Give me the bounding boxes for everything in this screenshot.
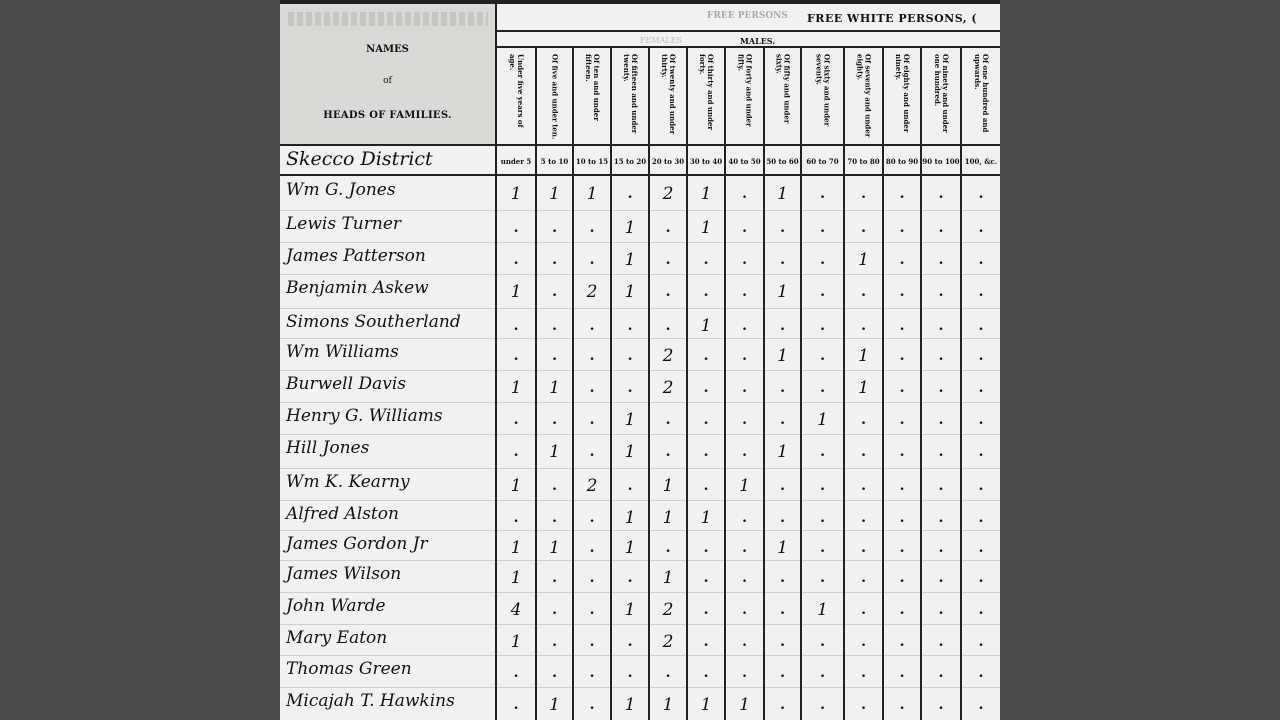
tally-cell: . — [726, 346, 763, 366]
tally-cell: . — [688, 250, 724, 270]
tally-cell: . — [884, 346, 920, 366]
tally-cell: . — [726, 632, 763, 652]
row-rule — [280, 434, 1000, 435]
tally-cell: . — [922, 282, 960, 302]
tally-cell: . — [574, 600, 610, 620]
tally-cell: . — [650, 218, 686, 238]
column-header-text: Of seventy and under eighty. — [856, 54, 872, 140]
tally-cell: 1 — [612, 600, 648, 620]
tally-cell: . — [688, 410, 724, 430]
tally-cell: 1 — [765, 346, 800, 366]
tally-cell: . — [726, 442, 763, 462]
head-of-family-name: John Warde — [286, 596, 386, 616]
tally-cell: . — [922, 410, 960, 430]
tally-cell: 1 — [765, 442, 800, 462]
table-title-row: FREE PERSONS FREE WHITE PERSONS, ( — [497, 8, 1000, 30]
row-rule — [280, 560, 1000, 561]
mirrored-bleed-text: FREE PERSONS — [707, 11, 788, 21]
tally-cell: . — [650, 410, 686, 430]
tally-cell: . — [574, 568, 610, 588]
tally-cell: 1 — [612, 410, 648, 430]
tally-cell: 1 — [688, 316, 724, 336]
tally-cell: . — [802, 476, 843, 496]
tally-cell: . — [845, 663, 882, 683]
tally-cell: . — [650, 250, 686, 270]
tally-cell: . — [922, 346, 960, 366]
tally-cell: . — [650, 282, 686, 302]
tally-cell: . — [497, 442, 535, 462]
tally-cell: . — [537, 346, 572, 366]
tally-cell: . — [650, 442, 686, 462]
tally-cell: 1 — [612, 442, 648, 462]
tally-cell: . — [922, 442, 960, 462]
row-rule — [280, 468, 1000, 469]
tally-cell: . — [962, 538, 1000, 558]
tally-cell: . — [688, 282, 724, 302]
row-rule — [280, 242, 1000, 243]
tally-cell: . — [962, 346, 1000, 366]
tally-cell: . — [574, 410, 610, 430]
tally-cell: . — [537, 250, 572, 270]
tally-cell: . — [884, 695, 920, 715]
tally-cell: . — [497, 695, 535, 715]
head-of-family-name: Thomas Green — [286, 659, 412, 679]
tally-cell: . — [612, 663, 648, 683]
tally-cell: . — [802, 695, 843, 715]
tally-cell: . — [922, 632, 960, 652]
tally-cell: . — [497, 250, 535, 270]
tally-cell: . — [537, 632, 572, 652]
column-header-50to60: Of fifty and under sixty. — [765, 48, 800, 144]
tally-cell: . — [845, 442, 882, 462]
tally-cell: . — [612, 378, 648, 398]
tally-cell: . — [497, 663, 535, 683]
tally-cell: . — [884, 600, 920, 620]
age-range-under5: under 5 — [497, 148, 535, 174]
tally-cell: 1 — [574, 184, 610, 204]
tally-cell: . — [802, 250, 843, 270]
tally-cell: . — [922, 250, 960, 270]
head-of-family-name: Wm Williams — [286, 342, 399, 362]
tally-cell: 1 — [802, 600, 843, 620]
row-rule — [280, 530, 1000, 531]
tally-cell: . — [765, 695, 800, 715]
column-header-10to15: Of ten and under fifteen. — [574, 48, 610, 144]
tally-cell: 1 — [612, 218, 648, 238]
tally-cell: . — [688, 346, 724, 366]
tally-cell: 1 — [497, 184, 535, 204]
tally-cell: . — [962, 250, 1000, 270]
tally-cell: 1 — [765, 184, 800, 204]
row-rule — [280, 370, 1000, 371]
tally-cell: . — [688, 663, 724, 683]
tally-cell: 1 — [497, 282, 535, 302]
column-header-70to80: Of seventy and under eighty. — [845, 48, 882, 144]
tally-cell: 1 — [537, 442, 572, 462]
tally-cell: . — [574, 695, 610, 715]
age-range-60to70: 60 to 70 — [802, 148, 843, 174]
tally-cell: . — [497, 508, 535, 528]
tally-cell: . — [574, 508, 610, 528]
tally-cell: 4 — [497, 600, 535, 620]
tally-cell: 1 — [497, 538, 535, 558]
row-rule — [280, 210, 1000, 211]
tally-cell: 1 — [688, 695, 724, 715]
tally-cell: . — [802, 282, 843, 302]
faint-bleed-text — [288, 12, 488, 26]
head-of-family-name: James Gordon Jr — [286, 534, 428, 554]
tally-cell: 1 — [650, 508, 686, 528]
column-header-text: Of fifty and under sixty. — [775, 54, 791, 140]
tally-cell: . — [845, 695, 882, 715]
tally-cell: . — [845, 218, 882, 238]
males-section-label: MALES. — [740, 36, 775, 46]
head-of-family-name: Alfred Alston — [286, 504, 399, 524]
tally-cell: . — [726, 250, 763, 270]
tally-cell: . — [765, 410, 800, 430]
tally-cell: . — [688, 632, 724, 652]
tally-cell: 1 — [726, 695, 763, 715]
age-range-15to20: 15 to 20 — [612, 148, 648, 174]
tally-cell: 1 — [726, 476, 763, 496]
tally-cell: . — [765, 663, 800, 683]
tally-cell: . — [726, 508, 763, 528]
tally-cell: . — [962, 632, 1000, 652]
tally-cell: . — [962, 378, 1000, 398]
tally-cell: . — [802, 508, 843, 528]
age-range-80to90: 80 to 90 — [884, 148, 920, 174]
tally-cell: 2 — [650, 378, 686, 398]
tally-cell: . — [962, 600, 1000, 620]
row-rule — [280, 402, 1000, 403]
tally-cell: . — [765, 250, 800, 270]
tally-cell: . — [962, 568, 1000, 588]
tally-cell: . — [537, 316, 572, 336]
tally-cell: . — [612, 632, 648, 652]
tally-cell: . — [612, 316, 648, 336]
head-of-family-name: Hill Jones — [286, 438, 369, 458]
tally-cell: . — [962, 184, 1000, 204]
head-of-family-name: Lewis Turner — [286, 214, 401, 234]
head-of-family-name: Mary Eaton — [286, 628, 387, 648]
age-range-10to15: 10 to 15 — [574, 148, 610, 174]
tally-cell: . — [845, 476, 882, 496]
row-rule — [280, 655, 1000, 656]
age-range-90to100: 90 to 100 — [922, 148, 960, 174]
tally-cell: . — [884, 508, 920, 528]
column-header-text: Of eighty and under ninety. — [894, 54, 910, 140]
tally-cell: . — [726, 218, 763, 238]
tally-cell: . — [765, 476, 800, 496]
tally-cell: . — [845, 508, 882, 528]
tally-cell: 1 — [845, 378, 882, 398]
tally-cell: . — [884, 316, 920, 336]
tally-cell: . — [884, 410, 920, 430]
column-header-text: Of fifteen and under twenty. — [622, 54, 638, 140]
tally-cell: . — [922, 184, 960, 204]
tally-cell: . — [650, 538, 686, 558]
tally-cell: . — [884, 568, 920, 588]
tally-cell: . — [726, 282, 763, 302]
names-label: NAMES — [280, 44, 495, 55]
tally-cell: 1 — [688, 508, 724, 528]
tally-cell: 2 — [650, 632, 686, 652]
column-header-text: Of forty and under fifty. — [737, 54, 753, 140]
tally-cell: . — [574, 218, 610, 238]
tally-cell: . — [962, 663, 1000, 683]
age-range-40to50: 40 to 50 — [726, 148, 763, 174]
tally-cell: . — [802, 442, 843, 462]
tally-cell: . — [574, 316, 610, 336]
head-of-family-name: Wm K. Kearny — [286, 472, 410, 492]
tally-cell: 1 — [765, 538, 800, 558]
of-label: of — [280, 76, 495, 86]
tally-cell: . — [845, 282, 882, 302]
row-rule — [280, 338, 1000, 339]
tally-cell: . — [688, 476, 724, 496]
row-rule — [280, 592, 1000, 593]
tally-cell: . — [884, 250, 920, 270]
tally-cell: 1 — [497, 632, 535, 652]
age-range-70to80: 70 to 80 — [845, 148, 882, 174]
column-header-5to10: Of five and under ten. — [537, 48, 572, 144]
head-of-family-name: James Wilson — [286, 564, 401, 584]
head-of-family-name: Benjamin Askew — [286, 278, 429, 298]
tally-cell: . — [650, 663, 686, 683]
tally-cell: . — [537, 568, 572, 588]
tally-cell: 2 — [574, 476, 610, 496]
tally-cell: 1 — [612, 282, 648, 302]
tally-cell: . — [688, 442, 724, 462]
tally-cell: . — [884, 218, 920, 238]
tally-cell: . — [612, 346, 648, 366]
tally-cell: . — [765, 378, 800, 398]
tally-cell: . — [688, 538, 724, 558]
tally-cell: . — [802, 632, 843, 652]
tally-cell: . — [845, 568, 882, 588]
tally-cell: 2 — [650, 600, 686, 620]
tally-cell: . — [726, 568, 763, 588]
tally-cell: . — [922, 568, 960, 588]
tally-cell: 1 — [845, 346, 882, 366]
column-header-text: Of thirty and under forty. — [698, 54, 714, 140]
tally-cell: . — [726, 410, 763, 430]
tally-cell: . — [765, 600, 800, 620]
tally-cell: . — [884, 538, 920, 558]
tally-cell: 1 — [688, 218, 724, 238]
tally-cell: 1 — [650, 568, 686, 588]
column-header-text: Of one hundred and upwards. — [973, 54, 989, 140]
tally-cell: . — [802, 184, 843, 204]
age-range-100plus: 100, &c. — [962, 148, 1000, 174]
tally-cell: 1 — [612, 695, 648, 715]
tally-cell: . — [884, 184, 920, 204]
tally-cell: 1 — [497, 476, 535, 496]
tally-cell: 1 — [765, 282, 800, 302]
tally-cell: . — [845, 316, 882, 336]
row-rule — [280, 624, 1000, 625]
tally-cell: . — [962, 316, 1000, 336]
age-range-50to60: 50 to 60 — [765, 148, 800, 174]
tally-cell: . — [612, 568, 648, 588]
tally-cell: 1 — [612, 538, 648, 558]
census-page: NAMES of HEADS OF FAMILIES. Skecco Distr… — [280, 0, 1000, 720]
tally-cell: . — [962, 410, 1000, 430]
column-header-20to30: Of twenty and under thirty. — [650, 48, 686, 144]
header-rule — [280, 174, 1000, 176]
tally-cell: . — [537, 663, 572, 683]
tally-cell: . — [726, 184, 763, 204]
tally-cell: . — [688, 600, 724, 620]
header-rule — [280, 144, 1000, 146]
tally-cell: . — [802, 538, 843, 558]
tally-cell: . — [884, 632, 920, 652]
tally-cell: . — [884, 378, 920, 398]
row-rule — [280, 308, 1000, 309]
tally-cell: . — [497, 218, 535, 238]
tally-cell: . — [574, 442, 610, 462]
row-rule — [280, 274, 1000, 275]
tally-cell: 1 — [688, 184, 724, 204]
tally-cell: 1 — [650, 695, 686, 715]
tally-cell: . — [845, 410, 882, 430]
column-header-text: Of ninety and under one hundred. — [933, 54, 949, 140]
tally-cell: 1 — [650, 476, 686, 496]
column-header-text: Under five years of age. — [508, 54, 524, 140]
tally-cell: 1 — [537, 378, 572, 398]
tally-cell: 1 — [802, 410, 843, 430]
table-title: FREE WHITE PERSONS, ( — [807, 12, 977, 25]
names-header-block: NAMES of HEADS OF FAMILIES. — [280, 4, 497, 144]
tally-cell: . — [962, 282, 1000, 302]
tally-cell: . — [726, 316, 763, 336]
tally-cell: 2 — [650, 184, 686, 204]
tally-cell: . — [845, 538, 882, 558]
tally-cell: . — [574, 538, 610, 558]
tally-cell: . — [537, 600, 572, 620]
header-rule — [497, 30, 1000, 32]
tally-cell: . — [962, 218, 1000, 238]
tally-cell: . — [802, 378, 843, 398]
tally-cell: . — [537, 508, 572, 528]
tally-cell: . — [802, 218, 843, 238]
tally-cell: . — [765, 568, 800, 588]
tally-cell: . — [537, 218, 572, 238]
tally-cell: . — [574, 378, 610, 398]
column-header-text: Of ten and under fifteen. — [584, 54, 600, 140]
tally-cell: 1 — [497, 378, 535, 398]
tally-cell: . — [688, 378, 724, 398]
tally-cell: . — [497, 410, 535, 430]
column-header-text: Of sixty and under seventy. — [815, 54, 831, 140]
tally-cell: . — [765, 218, 800, 238]
column-header-100plus: Of one hundred and upwards. — [962, 48, 1000, 144]
tally-cell: . — [922, 476, 960, 496]
tally-cell: 1 — [537, 695, 572, 715]
column-header-90to100: Of ninety and under one hundred. — [922, 48, 960, 144]
column-header-40to50: Of forty and under fifty. — [726, 48, 763, 144]
tally-cell: . — [962, 442, 1000, 462]
tally-cell: . — [802, 346, 843, 366]
tally-cell: . — [922, 600, 960, 620]
tally-cell: . — [884, 282, 920, 302]
column-header-text: Of twenty and under thirty. — [660, 54, 676, 140]
tally-cell: . — [845, 184, 882, 204]
tally-cell: . — [802, 568, 843, 588]
tally-cell: . — [922, 538, 960, 558]
row-rule — [280, 687, 1000, 688]
tally-cell: . — [650, 316, 686, 336]
tally-cell: . — [765, 632, 800, 652]
age-range-20to30: 20 to 30 — [650, 148, 686, 174]
head-of-family-name: Burwell Davis — [286, 374, 406, 394]
tally-cell: . — [962, 695, 1000, 715]
tally-cell: . — [688, 568, 724, 588]
tally-cell: . — [537, 282, 572, 302]
tally-cell: 1 — [497, 568, 535, 588]
head-of-family-name: Micajah T. Hawkins — [286, 691, 455, 711]
heads-of-families-label: HEADS OF FAMILIES. — [280, 110, 495, 121]
head-of-family-name: James Patterson — [286, 246, 426, 266]
tally-cell: . — [497, 346, 535, 366]
tally-cell: 1 — [537, 538, 572, 558]
tally-cell: 1 — [537, 184, 572, 204]
tally-cell: . — [884, 663, 920, 683]
tally-cell: . — [726, 378, 763, 398]
row-rule — [280, 500, 1000, 501]
column-header-30to40: Of thirty and under forty. — [688, 48, 724, 144]
tally-cell: . — [574, 663, 610, 683]
tally-cell: . — [726, 538, 763, 558]
age-range-5to10: 5 to 10 — [537, 148, 572, 174]
tally-cell: . — [922, 316, 960, 336]
column-header-under5: Under five years of age. — [497, 48, 535, 144]
tally-cell: . — [765, 316, 800, 336]
tally-cell: . — [537, 476, 572, 496]
tally-cell: . — [922, 508, 960, 528]
tally-cell: . — [537, 410, 572, 430]
tally-cell: . — [845, 632, 882, 652]
tally-cell: . — [922, 695, 960, 715]
tally-cell: . — [922, 663, 960, 683]
tally-cell: 1 — [612, 250, 648, 270]
column-header-60to70: Of sixty and under seventy. — [802, 48, 843, 144]
tally-cell: 2 — [574, 282, 610, 302]
tally-cell: . — [574, 346, 610, 366]
faint-males-bleed: FEMALES — [640, 36, 682, 45]
tally-cell: . — [845, 600, 882, 620]
age-range-30to40: 30 to 40 — [688, 148, 724, 174]
tally-cell: . — [726, 600, 763, 620]
column-header-80to90: Of eighty and under ninety. — [884, 48, 920, 144]
tally-cell: . — [574, 632, 610, 652]
tally-cell: . — [884, 476, 920, 496]
tally-cell: . — [726, 663, 763, 683]
tally-cell: . — [612, 476, 648, 496]
head-of-family-name: Wm G. Jones — [286, 180, 396, 200]
head-of-family-name: Simons Southerland — [286, 312, 461, 332]
tally-cell: . — [884, 442, 920, 462]
tally-cell: . — [922, 218, 960, 238]
tally-cell: 1 — [845, 250, 882, 270]
tally-cell: . — [574, 250, 610, 270]
tally-cell: 2 — [650, 346, 686, 366]
tally-cell: . — [962, 508, 1000, 528]
tally-cell: . — [802, 316, 843, 336]
tally-cell: . — [802, 663, 843, 683]
tally-cell: . — [497, 316, 535, 336]
tally-cell: . — [765, 508, 800, 528]
